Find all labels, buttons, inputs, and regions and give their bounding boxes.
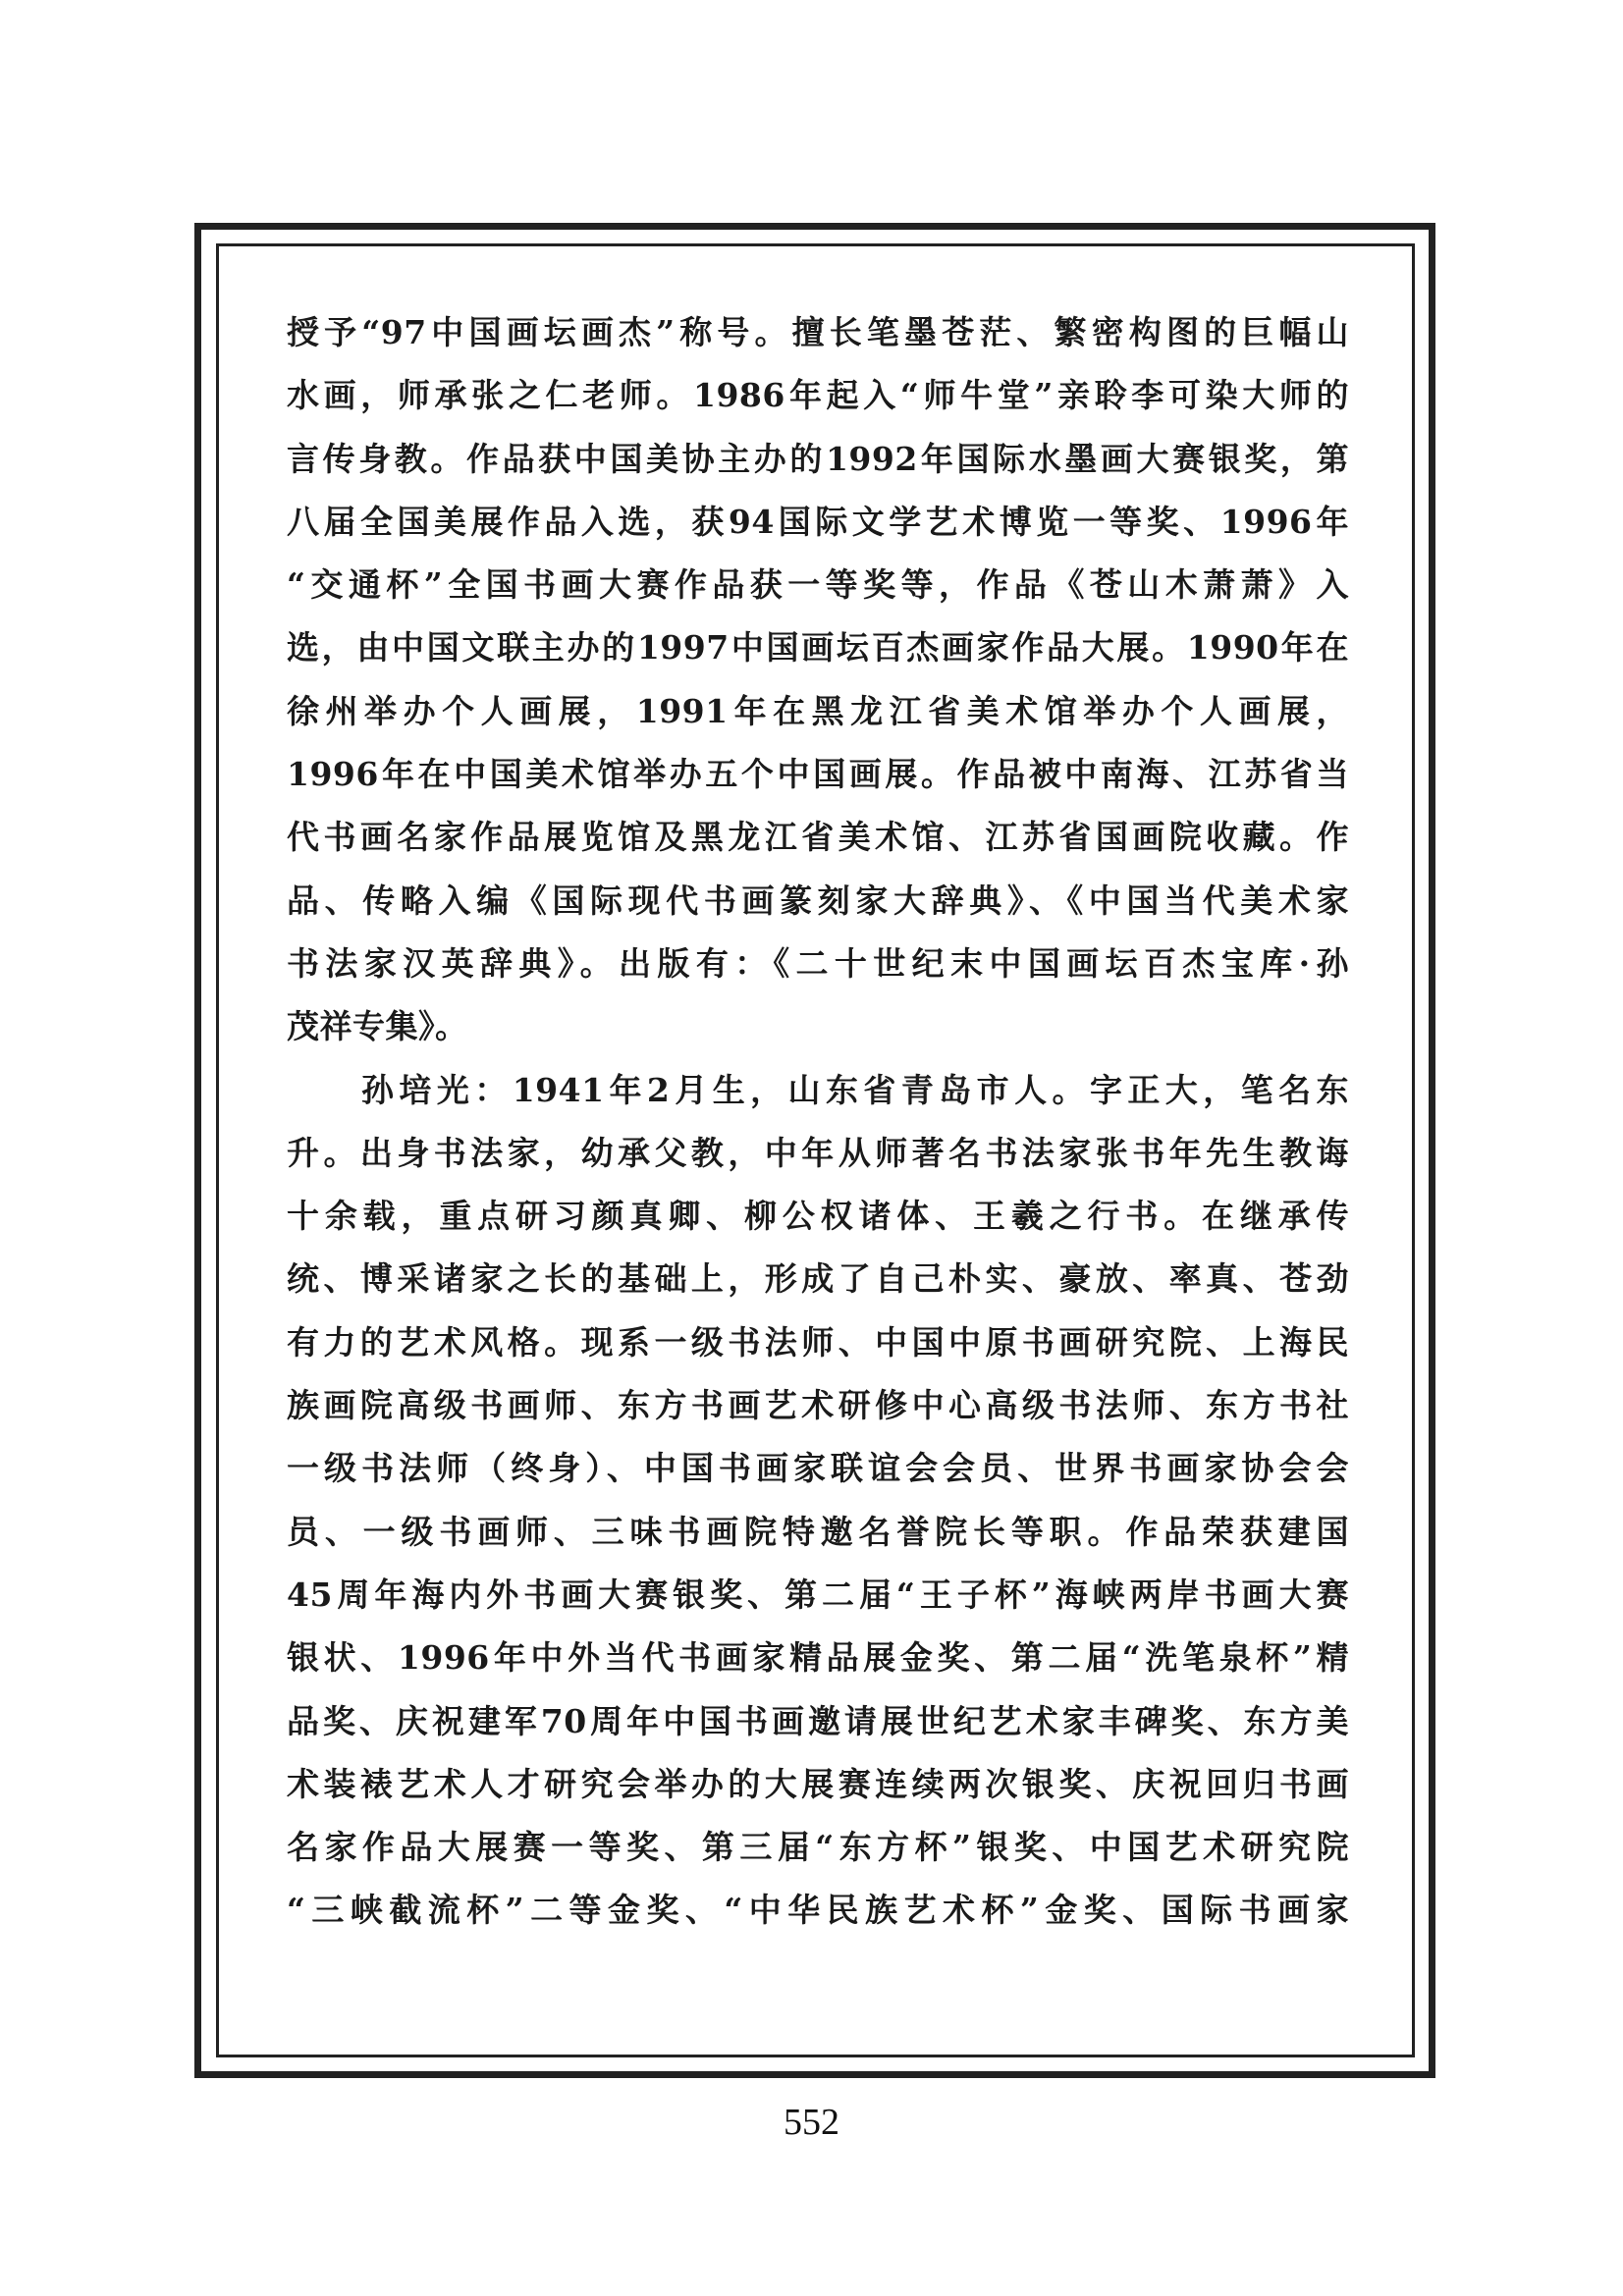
text-line: 有力的艺术风格。现系一级书法师、中国中原书画研究院、上海民 bbox=[287, 1318, 1349, 1381]
text-line: 银状、1996年中外当代书画家精品展金奖、第二届“洗笔泉杯”精 bbox=[287, 1633, 1349, 1696]
text-line: 45周年海内外书画大赛银奖、第二届“王子杯”海峡两岸书画大赛 bbox=[287, 1571, 1349, 1633]
paragraph-sun-peiguang-biography: 孙培光：1941年2月生，山东省青岛市人。字正大，笔名东 升。出身书法家，幼承父… bbox=[287, 1066, 1349, 1949]
text-line: 十余载，重点研习颜真卿、柳公权诸体、王羲之行书。在继承传 bbox=[287, 1192, 1349, 1255]
text-line: 言传身教。作品获中国美协主办的1992年国际水墨画大赛银奖，第 bbox=[287, 435, 1349, 498]
text-line: 一级书法师（终身）、中国书画家联谊会会员、世界书画家协会会 bbox=[287, 1444, 1349, 1507]
text-line: “三峡截流杯”二等金奖、“中华民族艺术杯”金奖、国际书画家 bbox=[287, 1886, 1349, 1949]
text-line: 代书画名家作品展览馆及黑龙江省美术馆、江苏省国画院收藏。作 bbox=[287, 813, 1349, 876]
text-line: 授予“97中国画坛画杰”称号。擅长笔墨苍茫、繁密构图的巨幅山 bbox=[287, 308, 1349, 371]
text-line: “交通杯”全国书画大赛作品获一等奖等，作品《苍山木萧萧》入 bbox=[287, 561, 1349, 623]
text-line: 八届全国美展作品入选，获94国际文学艺术博览一等奖、1996年 bbox=[287, 498, 1349, 561]
text-line: 孙培光：1941年2月生，山东省青岛市人。字正大，笔名东 bbox=[287, 1066, 1349, 1129]
text-line: 茂祥专集》。 bbox=[287, 1002, 1349, 1065]
page-number: 552 bbox=[0, 2101, 1623, 2144]
text-line: 1996年在中国美术馆举办五个中国画展。作品被中南海、江苏省当 bbox=[287, 750, 1349, 813]
text-line: 水画，师承张之仁老师。1986年起入“师牛堂”亲聆李可染大师的 bbox=[287, 371, 1349, 434]
paragraph-continued-biography: 授予“97中国画坛画杰”称号。擅长笔墨苍茫、繁密构图的巨幅山 水画，师承张之仁老… bbox=[287, 308, 1349, 1066]
text-line: 术装裱艺术人才研究会举办的大展赛连续两次银奖、庆祝回归书画 bbox=[287, 1760, 1349, 1823]
text-line: 升。出身书法家，幼承父教，中年从师著名书法家张书年先生教诲 bbox=[287, 1129, 1349, 1192]
text-line: 名家作品大展赛一等奖、第三届“东方杯”银奖、中国艺术研究院 bbox=[287, 1823, 1349, 1886]
text-line: 徐州举办个人画展，1991年在黑龙江省美术馆举办个人画展， bbox=[287, 687, 1349, 750]
text-line: 品奖、庆祝建军70周年中国书画邀请展世纪艺术家丰碑奖、东方美 bbox=[287, 1697, 1349, 1760]
text-line: 书法家汉英辞典》。出版有：《二十世纪末中国画坛百杰宝库·孙 bbox=[287, 939, 1349, 1002]
text-line: 族画院高级书画师、东方书画艺术研修中心高级书法师、东方书社 bbox=[287, 1381, 1349, 1444]
body-text: 授予“97中国画坛画杰”称号。擅长笔墨苍茫、繁密构图的巨幅山 水画，师承张之仁老… bbox=[287, 308, 1349, 1949]
text-line: 统、博采诸家之长的基础上，形成了自己朴实、豪放、率真、苍劲 bbox=[287, 1255, 1349, 1317]
text-line: 选，由中国文联主办的1997中国画坛百杰画家作品大展。1990年在 bbox=[287, 623, 1349, 686]
text-line: 员、一级书画师、三味书画院特邀名誉院长等职。作品荣获建国 bbox=[287, 1508, 1349, 1571]
text-line: 品、传略入编《国际现代书画篆刻家大辞典》、《中国当代美术家 bbox=[287, 877, 1349, 939]
